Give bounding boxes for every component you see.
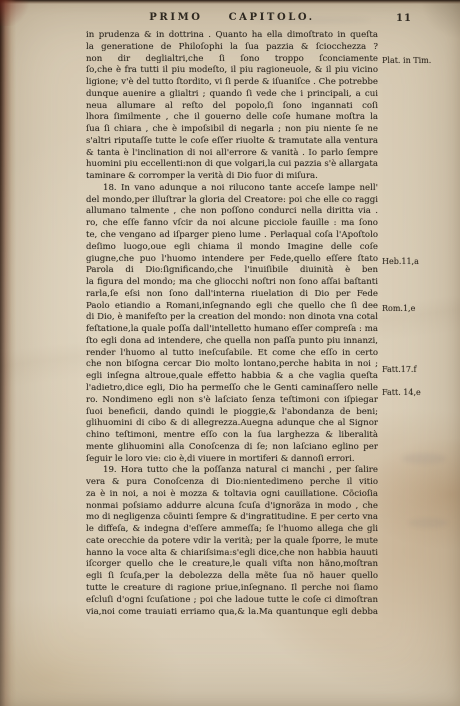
text-line: Parola di Dio:ſignificando,che l'inuiſib…: [86, 265, 378, 277]
text-line: render l'huomo al tutto ineſcuſabile. Et…: [86, 348, 378, 360]
text-line: eſcluſi d'ogni ſcuſatione ; poi che lado…: [86, 595, 378, 607]
text-line: Paolo etiandio a Romani,inſegnando egli …: [86, 301, 378, 313]
text-line: allumano talmente , che non poſſono cond…: [86, 206, 378, 218]
text-line: za è in noi, a noi è mozza & toltavia og…: [86, 489, 378, 501]
text-line: ſuoi beneficii, dando quindi le pioggie,…: [86, 407, 378, 419]
text-line: ſto egli dona ad intendere, che quella n…: [86, 336, 378, 348]
text-line: non dir deglialtri,che ſi ſono troppo ſc…: [86, 54, 378, 66]
text-line: te, che vengano ad iſparger pieno lume .…: [86, 230, 378, 242]
ink-bleedthrough-smudge: [408, 518, 448, 528]
text-line: hanno la voce alta & chiariſsima:s'egli …: [86, 548, 378, 560]
text-line: la generatione de Philoſophi la ſua pazz…: [86, 42, 378, 54]
text-line: taminare & corromper la verità di Dio fu…: [86, 171, 378, 183]
text-line: ſua ſi chiara , che è impoſsibil di nega…: [86, 124, 378, 136]
book-page: PRIMO CAPITOLO. 11 in prudenza & in dott…: [0, 0, 460, 706]
text-line-paragraph-19: 19. Hora tutto che la poſſanza natural c…: [86, 465, 378, 477]
text-block: in prudenza & in dottrina . Quanto ha el…: [86, 30, 378, 618]
text-line: feſtatione,la quale poſſa dall'intellett…: [86, 324, 378, 336]
text-line: ro, che eſſe fanno vſcir da noi alcune p…: [86, 218, 378, 230]
text-line: huomini piu eccellenti:non di que volgar…: [86, 159, 378, 171]
text-line: le diffeſa, & indegna d'eſſere ammeſſa; …: [86, 524, 378, 536]
text-line: iſcorger quello che le creature,le quali…: [86, 559, 378, 571]
running-header: PRIMO CAPITOLO.: [86, 12, 378, 23]
text-line: nonmai poſsiamo addurre alcuna ſcuſa d'i…: [86, 501, 378, 513]
text-line: giugne,che puo l'huomo intendere per Fed…: [86, 254, 378, 266]
text-line: che non biſogna cercar Dio molto lontano…: [86, 359, 378, 371]
text-line: ſo,che è fra tutti il piu modeſto, il pi…: [86, 65, 378, 77]
text-line: ro. Nondimeno egli non s'è laſciato ſenz…: [86, 395, 378, 407]
text-line: l'adietro,dice egli, Dio ha permeſſo che…: [86, 383, 378, 395]
text-line: deſimo luogo,oue egli chiama il mondo Im…: [86, 242, 378, 254]
text-line: via,noi come trauiati erriamo qua,& la.M…: [86, 607, 378, 619]
text-line: vera & pura Conoſcenza di Dio:nientedime…: [86, 477, 378, 489]
text-line: in prudenza & in dottrina . Quanto ha el…: [86, 30, 378, 42]
running-header-left: PRIMO: [149, 12, 202, 23]
text-line: s'altri riputaſſe tutte le coſe eſſer ri…: [86, 136, 378, 148]
text-line: mente glihuomini alla Conoſcenza di ſe; …: [86, 442, 378, 454]
margin-note-acts-14: Fatt. 14,e: [382, 388, 434, 398]
margin-note-plato-timaeus: Plat. in Tim.: [382, 56, 434, 66]
running-header-right: CAPITOLO.: [229, 12, 315, 23]
binding-corner: [0, 0, 30, 26]
text-line: glihuomini di cibo & di allegrezza.Auegn…: [86, 418, 378, 430]
text-line: chino teſtimoni, mentre eſſo con la ſua …: [86, 430, 378, 442]
text-line: & tanta è l'inclination di noi all'error…: [86, 148, 378, 160]
text-line-paragraph-18: 18. In vano adunque a noi rilucono tante…: [86, 183, 378, 195]
text-line: mo di negligenza cõuinti ſempre & d'ingr…: [86, 512, 378, 524]
margin-note-hebrews: Heb.11,a: [382, 257, 434, 267]
text-line: del mondo,per illuſtrar la gloria del Cr…: [86, 195, 378, 207]
text-line: egli ſi ſcuſa,per la debolezza della mẽt…: [86, 571, 378, 583]
text-line: egli inſegna altroue,quale effetto habbi…: [86, 371, 378, 383]
page-number: 11: [396, 13, 412, 24]
text-line: ligione; v'è del tutto ſtordito, vi ſi p…: [86, 77, 378, 89]
text-line: lhora ſimilmente , che il gouerno delle …: [86, 112, 378, 124]
text-line: ſeguir le loro vie: cio è,di viuere in m…: [86, 454, 378, 466]
ink-bleedthrough-smudge: [402, 453, 446, 464]
text-line: dunque auenire a glialtri ; quando ſi ve…: [86, 89, 378, 101]
margin-note-romans: Rom.1,e: [382, 304, 434, 314]
text-line: cate orecchie da potere vdir la verità; …: [86, 536, 378, 548]
book-scan: { "document": { "header": { "title_left"…: [0, 0, 460, 706]
text-line: di Dio, è manifeſto per la creation del …: [86, 312, 378, 324]
book-spine-edge: [0, 0, 16, 706]
page-top-edge-shadow: [0, 0, 460, 4]
margin-note-acts-17: Fatt.17.f: [382, 365, 434, 375]
text-line: rarla,ſe eſsi non ſono dall'interna riue…: [86, 289, 378, 301]
text-line: la figura del mondo; ma che gliocchi noſ…: [86, 277, 378, 289]
text-line: tutte le creature di ragione priue,inſeg…: [86, 583, 378, 595]
text-line: neua allumare al reſto del popolo,ſi ſon…: [86, 101, 378, 113]
